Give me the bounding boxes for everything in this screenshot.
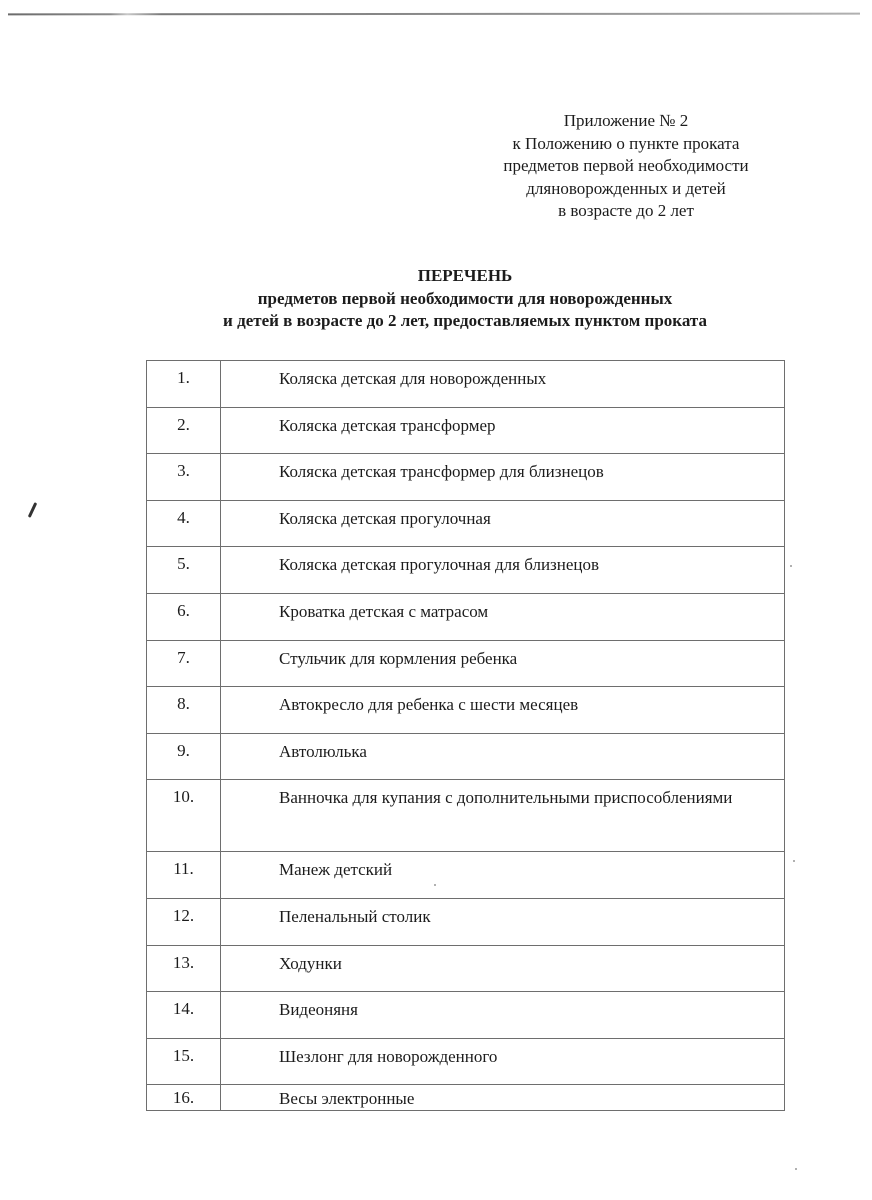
table-row: 7.Стульчик для кормления ребенка: [147, 640, 785, 687]
item-name: Весы электронные: [229, 1088, 784, 1110]
title-subtitle-line: предметов первой необходимости для новор…: [120, 288, 810, 311]
item-name: Коляска детская трансформер: [229, 415, 784, 437]
table-row: 16.Весы электронные: [147, 1085, 785, 1111]
table-row: 14.Видеоняня: [147, 992, 785, 1039]
item-name-cell: Коляска детская трансформер для близнецо…: [221, 454, 785, 501]
table-row: 15.Шезлонг для новорожденного: [147, 1038, 785, 1085]
item-number: 3.: [147, 454, 221, 501]
item-name-cell: Манеж детский: [221, 852, 785, 899]
item-name: Кроватка детская с матрасом: [229, 601, 784, 623]
item-number: 16.: [147, 1085, 221, 1111]
item-number: 14.: [147, 992, 221, 1039]
item-number: 9.: [147, 733, 221, 780]
title-subtitle-line: и детей в возрасте до 2 лет, предоставля…: [120, 310, 810, 333]
item-name-cell: Автолюлька: [221, 733, 785, 780]
item-name: Стульчик для кормления ребенка: [229, 648, 784, 670]
item-name: Шезлонг для новорожденного: [229, 1046, 784, 1068]
item-name: Пеленальный столик: [229, 906, 784, 928]
item-name: Видеоняня: [229, 999, 784, 1021]
item-name-cell: Видеоняня: [221, 992, 785, 1039]
item-name: Автолюлька: [229, 741, 784, 763]
item-name-cell: Коляска детская для новорожденных: [221, 361, 785, 408]
item-name-cell: Автокресло для ребенка с шести месяцев: [221, 687, 785, 734]
table-row: 6.Кроватка детская с матрасом: [147, 593, 785, 640]
item-name-cell: Кроватка детская с матрасом: [221, 593, 785, 640]
stray-pen-mark: [28, 502, 37, 518]
item-name-cell: Коляска детская прогулочная для близнецо…: [221, 547, 785, 594]
appendix-line: дляноворожденных и детей: [440, 178, 812, 201]
item-name: Ходунки: [229, 953, 784, 975]
table-row: 13.Ходунки: [147, 945, 785, 992]
table-row: 2.Коляска детская трансформер: [147, 407, 785, 454]
appendix-line: в возрасте до 2 лет: [440, 200, 812, 223]
table-row: 5.Коляска детская прогулочная для близне…: [147, 547, 785, 594]
table-row: 4.Коляска детская прогулочная: [147, 500, 785, 547]
item-name-cell: Пеленальный столик: [221, 898, 785, 945]
item-name: Коляска детская прогулочная: [229, 508, 784, 530]
table-row: 9.Автолюлька: [147, 733, 785, 780]
table-row: 8.Автокресло для ребенка с шести месяцев: [147, 687, 785, 734]
table-row: 12.Пеленальный столик: [147, 898, 785, 945]
scan-speck: [793, 860, 795, 862]
table-row: 3.Коляска детская трансформер для близне…: [147, 454, 785, 501]
item-number: 1.: [147, 361, 221, 408]
item-name: Автокресло для ребенка с шести месяцев: [229, 694, 784, 716]
item-name: Коляска детская прогулочная для близнецо…: [229, 554, 784, 576]
item-name-cell: Коляска детская прогулочная: [221, 500, 785, 547]
item-name: Коляска детская для новорожденных: [229, 368, 784, 390]
appendix-reference: Приложение № 2 к Положению о пункте прок…: [440, 110, 812, 223]
item-number: 13.: [147, 945, 221, 992]
title-heading: ПЕРЕЧЕНЬ: [120, 265, 810, 288]
item-name: Манеж детский: [229, 859, 784, 881]
item-number: 11.: [147, 852, 221, 899]
item-name-cell: Шезлонг для новорожденного: [221, 1038, 785, 1085]
item-name-cell: Ванночка для купания с дополнительными п…: [221, 780, 785, 852]
item-name: Ванночка для купания с дополнительными п…: [229, 787, 784, 809]
items-table: 1.Коляска детская для новорожденных2.Кол…: [146, 360, 785, 1111]
item-number: 6.: [147, 593, 221, 640]
scan-edge-line: [8, 13, 860, 16]
item-number: 15.: [147, 1038, 221, 1085]
scan-speck: [790, 565, 792, 567]
table-row: 11.Манеж детский: [147, 852, 785, 899]
item-number: 12.: [147, 898, 221, 945]
item-number: 2.: [147, 407, 221, 454]
document-title: ПЕРЕЧЕНЬ предметов первой необходимости …: [120, 265, 810, 333]
appendix-line: предметов первой необходимости: [440, 155, 812, 178]
item-number: 8.: [147, 687, 221, 734]
item-number: 4.: [147, 500, 221, 547]
table-row: 1.Коляска детская для новорожденных: [147, 361, 785, 408]
item-number: 10.: [147, 780, 221, 852]
item-name-cell: Коляска детская трансформер: [221, 407, 785, 454]
item-number: 7.: [147, 640, 221, 687]
items-table-body: 1.Коляска детская для новорожденных2.Кол…: [147, 361, 785, 1111]
appendix-line: Приложение № 2: [440, 110, 812, 133]
scan-speck: [795, 1168, 797, 1170]
item-number: 5.: [147, 547, 221, 594]
item-name-cell: Ходунки: [221, 945, 785, 992]
table-row: 10.Ванночка для купания с дополнительным…: [147, 780, 785, 852]
item-name-cell: Весы электронные: [221, 1085, 785, 1111]
item-name-cell: Стульчик для кормления ребенка: [221, 640, 785, 687]
item-name: Коляска детская трансформер для близнецо…: [229, 461, 784, 483]
appendix-line: к Положению о пункте проката: [440, 133, 812, 156]
